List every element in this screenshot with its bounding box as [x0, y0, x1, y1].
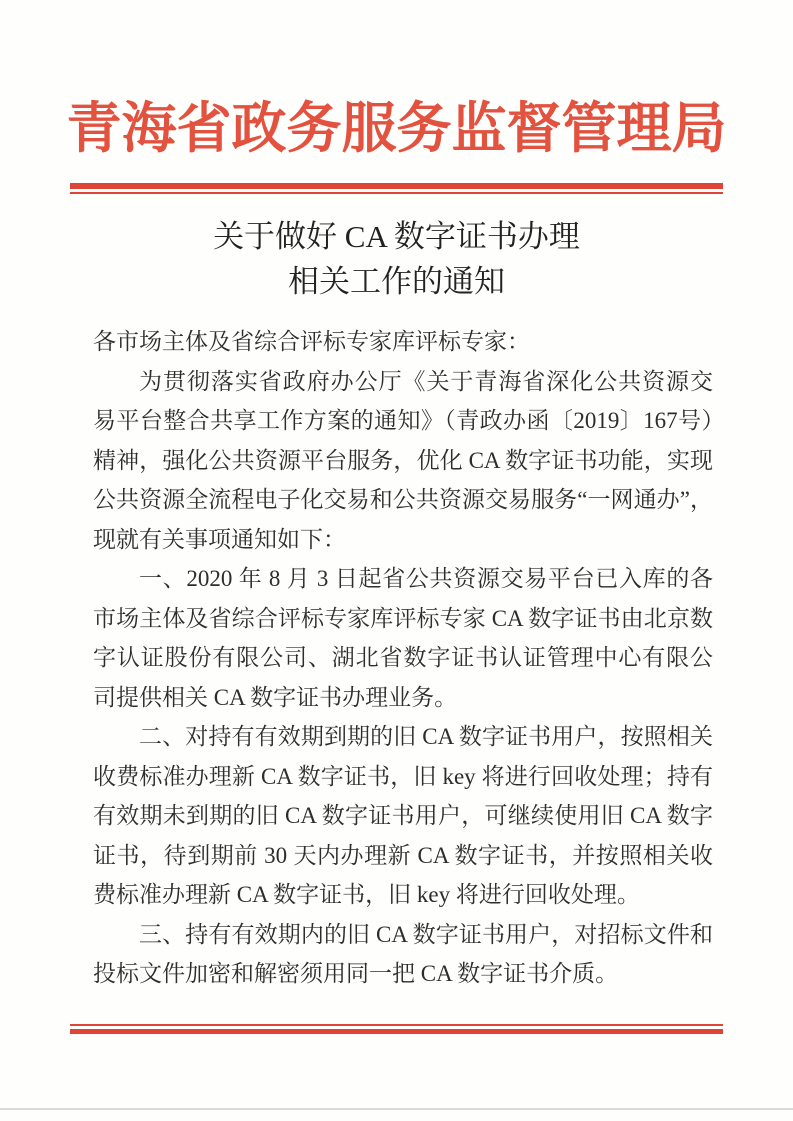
scanned-page-edge — [0, 1108, 793, 1110]
letterhead-divider-rule — [70, 183, 723, 194]
document-body: 各市场主体及省综合评标专家库评标专家： 为贯彻落实省政府办公厅《关于青海省深化公… — [93, 322, 713, 994]
body-paragraph-3: 二、对持有有效期到期的旧 CA 数字证书用户，按照相关收费标准办理新 CA 数字… — [93, 717, 713, 915]
footer-rule-thick-line — [70, 1029, 723, 1034]
footer-divider-rule — [70, 1024, 723, 1034]
document-page: 青海省政务服务监督管理局 关于做好 CA 数字证书办理 相关工作的通知 各市场主… — [0, 0, 793, 1121]
agency-letterhead-title: 青海省政务服务监督管理局 — [0, 84, 793, 163]
letterhead-rule-thin-line — [70, 192, 723, 194]
document-title-line2: 相关工作的通知 — [0, 259, 793, 304]
salutation-line: 各市场主体及省综合评标专家库评标专家： — [93, 322, 713, 362]
document-title: 关于做好 CA 数字证书办理 相关工作的通知 — [0, 214, 793, 304]
body-paragraph-4: 三、持有有效期内的旧 CA 数字证书用户，对招标文件和投标文件加密和解密须用同一… — [93, 915, 713, 994]
body-paragraph-1: 为贯彻落实省政府办公厅《关于青海省深化公共资源交易平台整合共享工作方案的通知》（… — [93, 362, 713, 560]
body-paragraph-2: 一、2020 年 8 月 3 日起省公共资源交易平台已入库的各市场主体及省综合评… — [93, 559, 713, 717]
document-title-line1: 关于做好 CA 数字证书办理 — [0, 214, 793, 259]
